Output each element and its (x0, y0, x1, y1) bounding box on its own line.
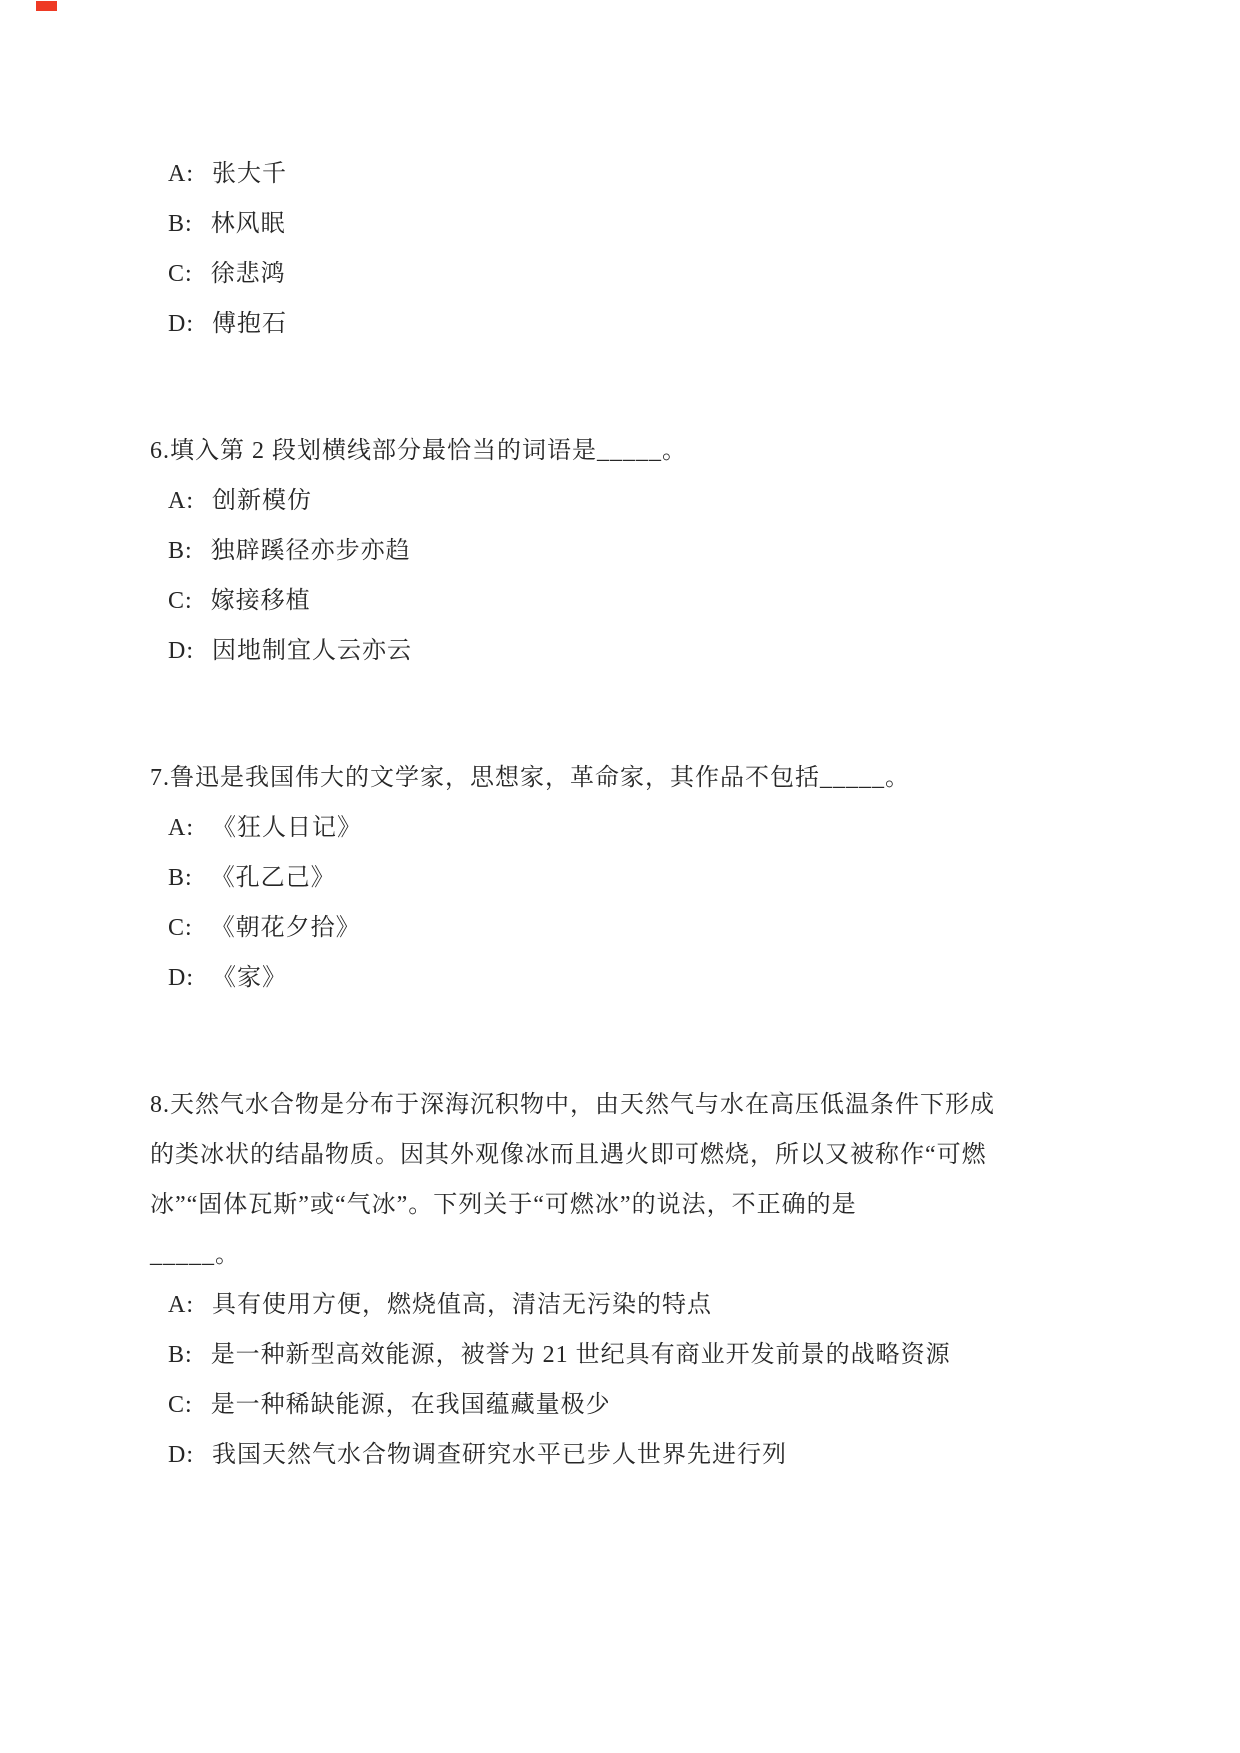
option-text: 《朝花夕拾》 (211, 912, 361, 944)
option-text: 徐悲鸿 (211, 258, 286, 290)
option-label: D: (168, 962, 194, 994)
question-stem-line: 冰”“固体瓦斯”或“气冰”。下列关于“可燃冰”的说法，不正确的是 (150, 1189, 1090, 1221)
question-stem: 7.鲁迅是我国伟大的文学家，思想家，革命家，其作品不包括_____。 (150, 762, 1090, 794)
option-label: A: (168, 1289, 194, 1321)
option-line: D: 《家》 (150, 962, 1090, 994)
option-label: C: (168, 1389, 193, 1421)
option-label: B: (168, 208, 193, 240)
option-line: C: 《朝花夕拾》 (150, 912, 1090, 944)
orphan-options-group: A: 张大千 B: 林风眠 C: 徐悲鸿 D: 傅抱石 (150, 158, 1090, 340)
option-label: C: (168, 912, 193, 944)
option-label: B: (168, 535, 193, 567)
option-text: 《孔乙己》 (211, 862, 336, 894)
document-page: A: 张大千 B: 林风眠 C: 徐悲鸿 D: 傅抱石 6.填入第 2 段划横线… (0, 0, 1240, 1753)
option-text: 林风眠 (211, 208, 286, 240)
option-text: 具有使用方便，燃烧值高，清洁无污染的特点 (212, 1289, 712, 1321)
option-label: D: (168, 308, 194, 340)
question-stem-line: _____。 (150, 1239, 1090, 1271)
option-label: C: (168, 258, 193, 290)
option-label: A: (168, 485, 194, 517)
option-text: 是一种稀缺能源，在我国蕴藏量极少 (211, 1389, 611, 1421)
option-line: A: 《狂人日记》 (150, 812, 1090, 844)
option-line: D: 傅抱石 (150, 308, 1090, 340)
option-text: 是一种新型高效能源，被誉为 21 世纪具有商业开发前景的战略资源 (211, 1339, 951, 1371)
option-label: A: (168, 158, 194, 190)
option-line: B: 《孔乙己》 (150, 862, 1090, 894)
option-line: D: 我国天然气水合物调查研究水平已步人世界先进行列 (150, 1439, 1090, 1471)
option-text: 创新模仿 (212, 485, 312, 517)
option-line: A: 具有使用方便，燃烧值高，清洁无污染的特点 (150, 1289, 1090, 1321)
option-line: C: 是一种稀缺能源，在我国蕴藏量极少 (150, 1389, 1090, 1421)
option-text: 张大千 (212, 158, 287, 190)
option-line: C: 徐悲鸿 (150, 258, 1090, 290)
option-line: B: 林风眠 (150, 208, 1090, 240)
red-mark (36, 1, 57, 11)
option-line: B: 独辟蹊径亦步亦趋 (150, 535, 1090, 567)
option-text: 傅抱石 (212, 308, 287, 340)
option-line: A: 张大千 (150, 158, 1090, 190)
option-text: 嫁接移植 (211, 585, 311, 617)
question-stem-line: 8.天然气水合物是分布于深海沉积物中，由天然气与水在高压低温条件下形成 (150, 1089, 1090, 1121)
question-stem: 6.填入第 2 段划横线部分最恰当的词语是_____。 (150, 435, 1090, 467)
option-label: D: (168, 1439, 194, 1471)
option-text: 因地制宜人云亦云 (212, 635, 412, 667)
option-text: 《家》 (212, 962, 287, 994)
question-6: 6.填入第 2 段划横线部分最恰当的词语是_____。 A: 创新模仿 B: 独… (150, 435, 1090, 667)
option-line: A: 创新模仿 (150, 485, 1090, 517)
question-7: 7.鲁迅是我国伟大的文学家，思想家，革命家，其作品不包括_____。 A: 《狂… (150, 762, 1090, 994)
option-label: B: (168, 1339, 193, 1371)
option-text: 《狂人日记》 (212, 812, 362, 844)
option-line: B: 是一种新型高效能源，被誉为 21 世纪具有商业开发前景的战略资源 (150, 1339, 1090, 1371)
option-label: B: (168, 862, 193, 894)
option-label: C: (168, 585, 193, 617)
option-label: D: (168, 635, 194, 667)
option-line: D: 因地制宜人云亦云 (150, 635, 1090, 667)
option-text: 我国天然气水合物调查研究水平已步人世界先进行列 (212, 1439, 787, 1471)
option-line: C: 嫁接移植 (150, 585, 1090, 617)
question-stem-line: 的类冰状的结晶物质。因其外观像冰而且遇火即可燃烧，所以又被称作“可燃 (150, 1139, 1090, 1171)
question-8: 8.天然气水合物是分布于深海沉积物中，由天然气与水在高压低温条件下形成 的类冰状… (150, 1089, 1090, 1471)
option-text: 独辟蹊径亦步亦趋 (211, 535, 411, 567)
option-label: A: (168, 812, 194, 844)
